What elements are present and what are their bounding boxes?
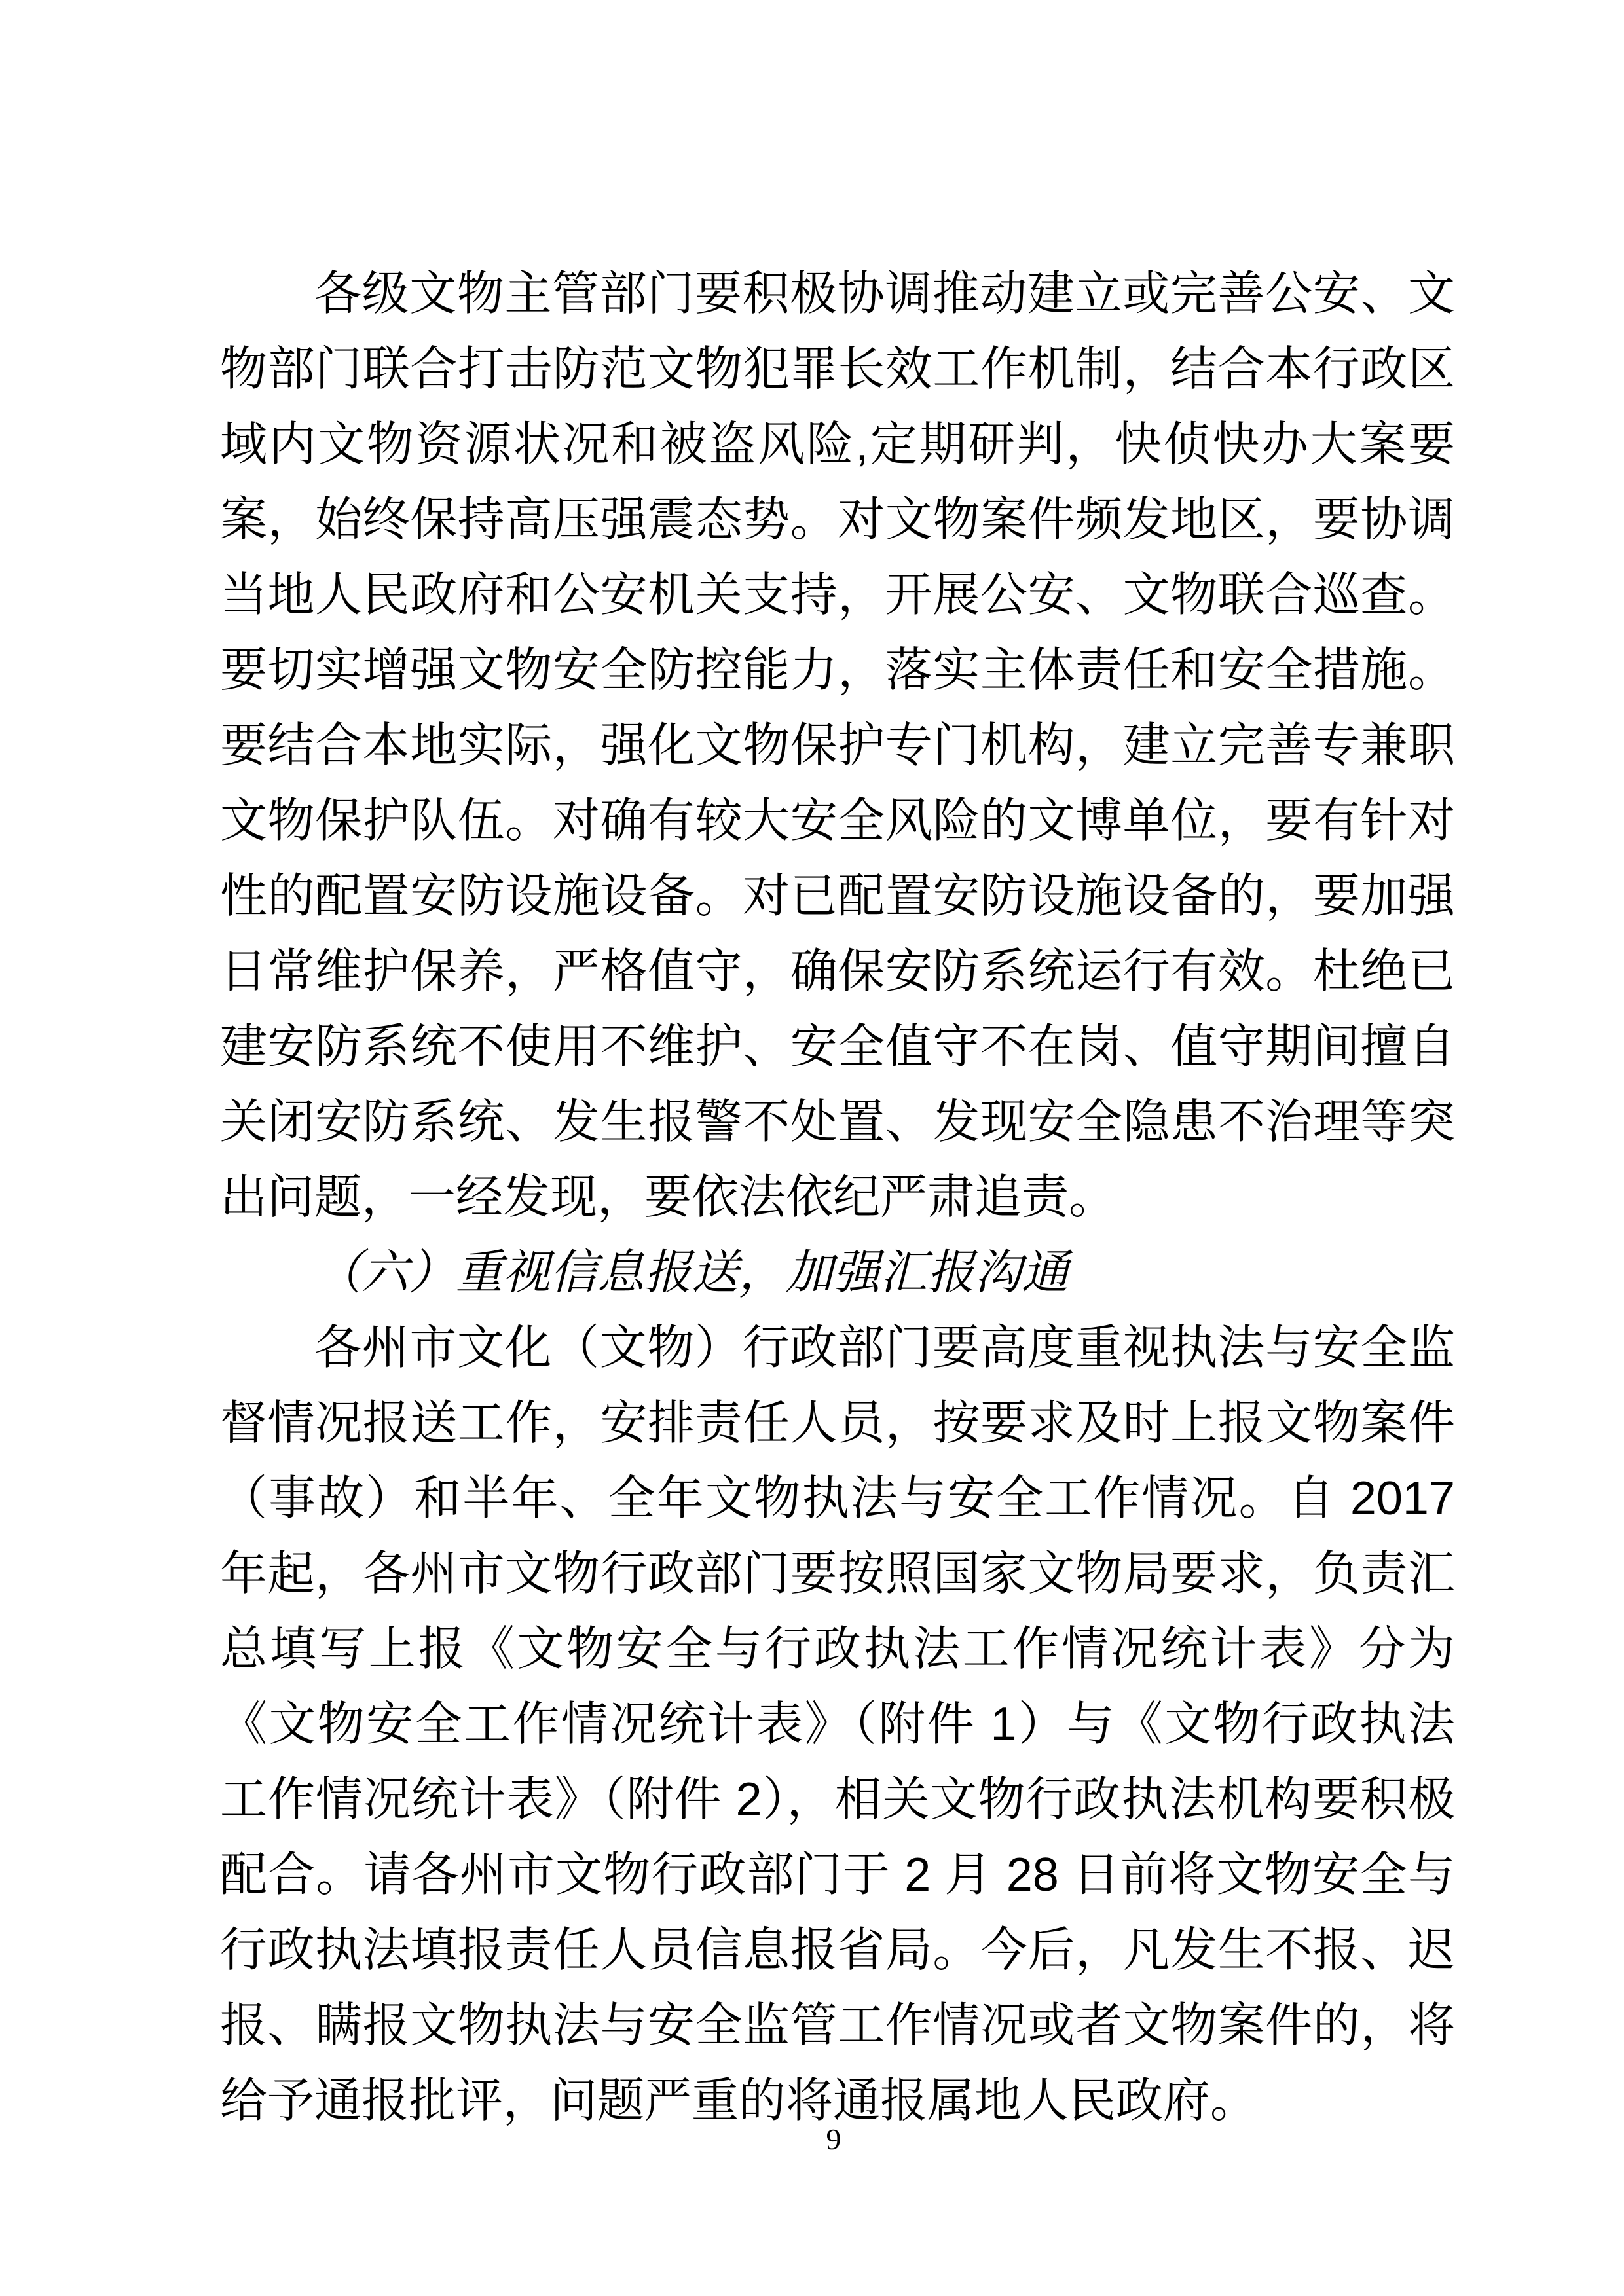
document-page: 各级文物主管部门要积极协调推动建立或完善公安、文物部门联合打击防范文物犯罪长效工… bbox=[0, 0, 1624, 2296]
page-number: 9 bbox=[826, 2123, 841, 2156]
document-content: 各级文物主管部门要积极协调推动建立或完善公安、文物部门联合打击防范文物犯罪长效工… bbox=[220, 257, 1455, 2139]
paragraph-information-reporting: 各州市文化（文物）行政部门要高度重视执法与安全监督情况报送工作，安排责任人员，按… bbox=[220, 1311, 1455, 2139]
section-heading-six: （六）重视信息报送，加强汇报沟通 bbox=[220, 1235, 1455, 1311]
paragraph-security-enforcement: 各级文物主管部门要积极协调推动建立或完善公安、文物部门联合打击防范文物犯罪长效工… bbox=[220, 257, 1455, 1235]
page-footer: 9 bbox=[43, 2123, 1624, 2157]
